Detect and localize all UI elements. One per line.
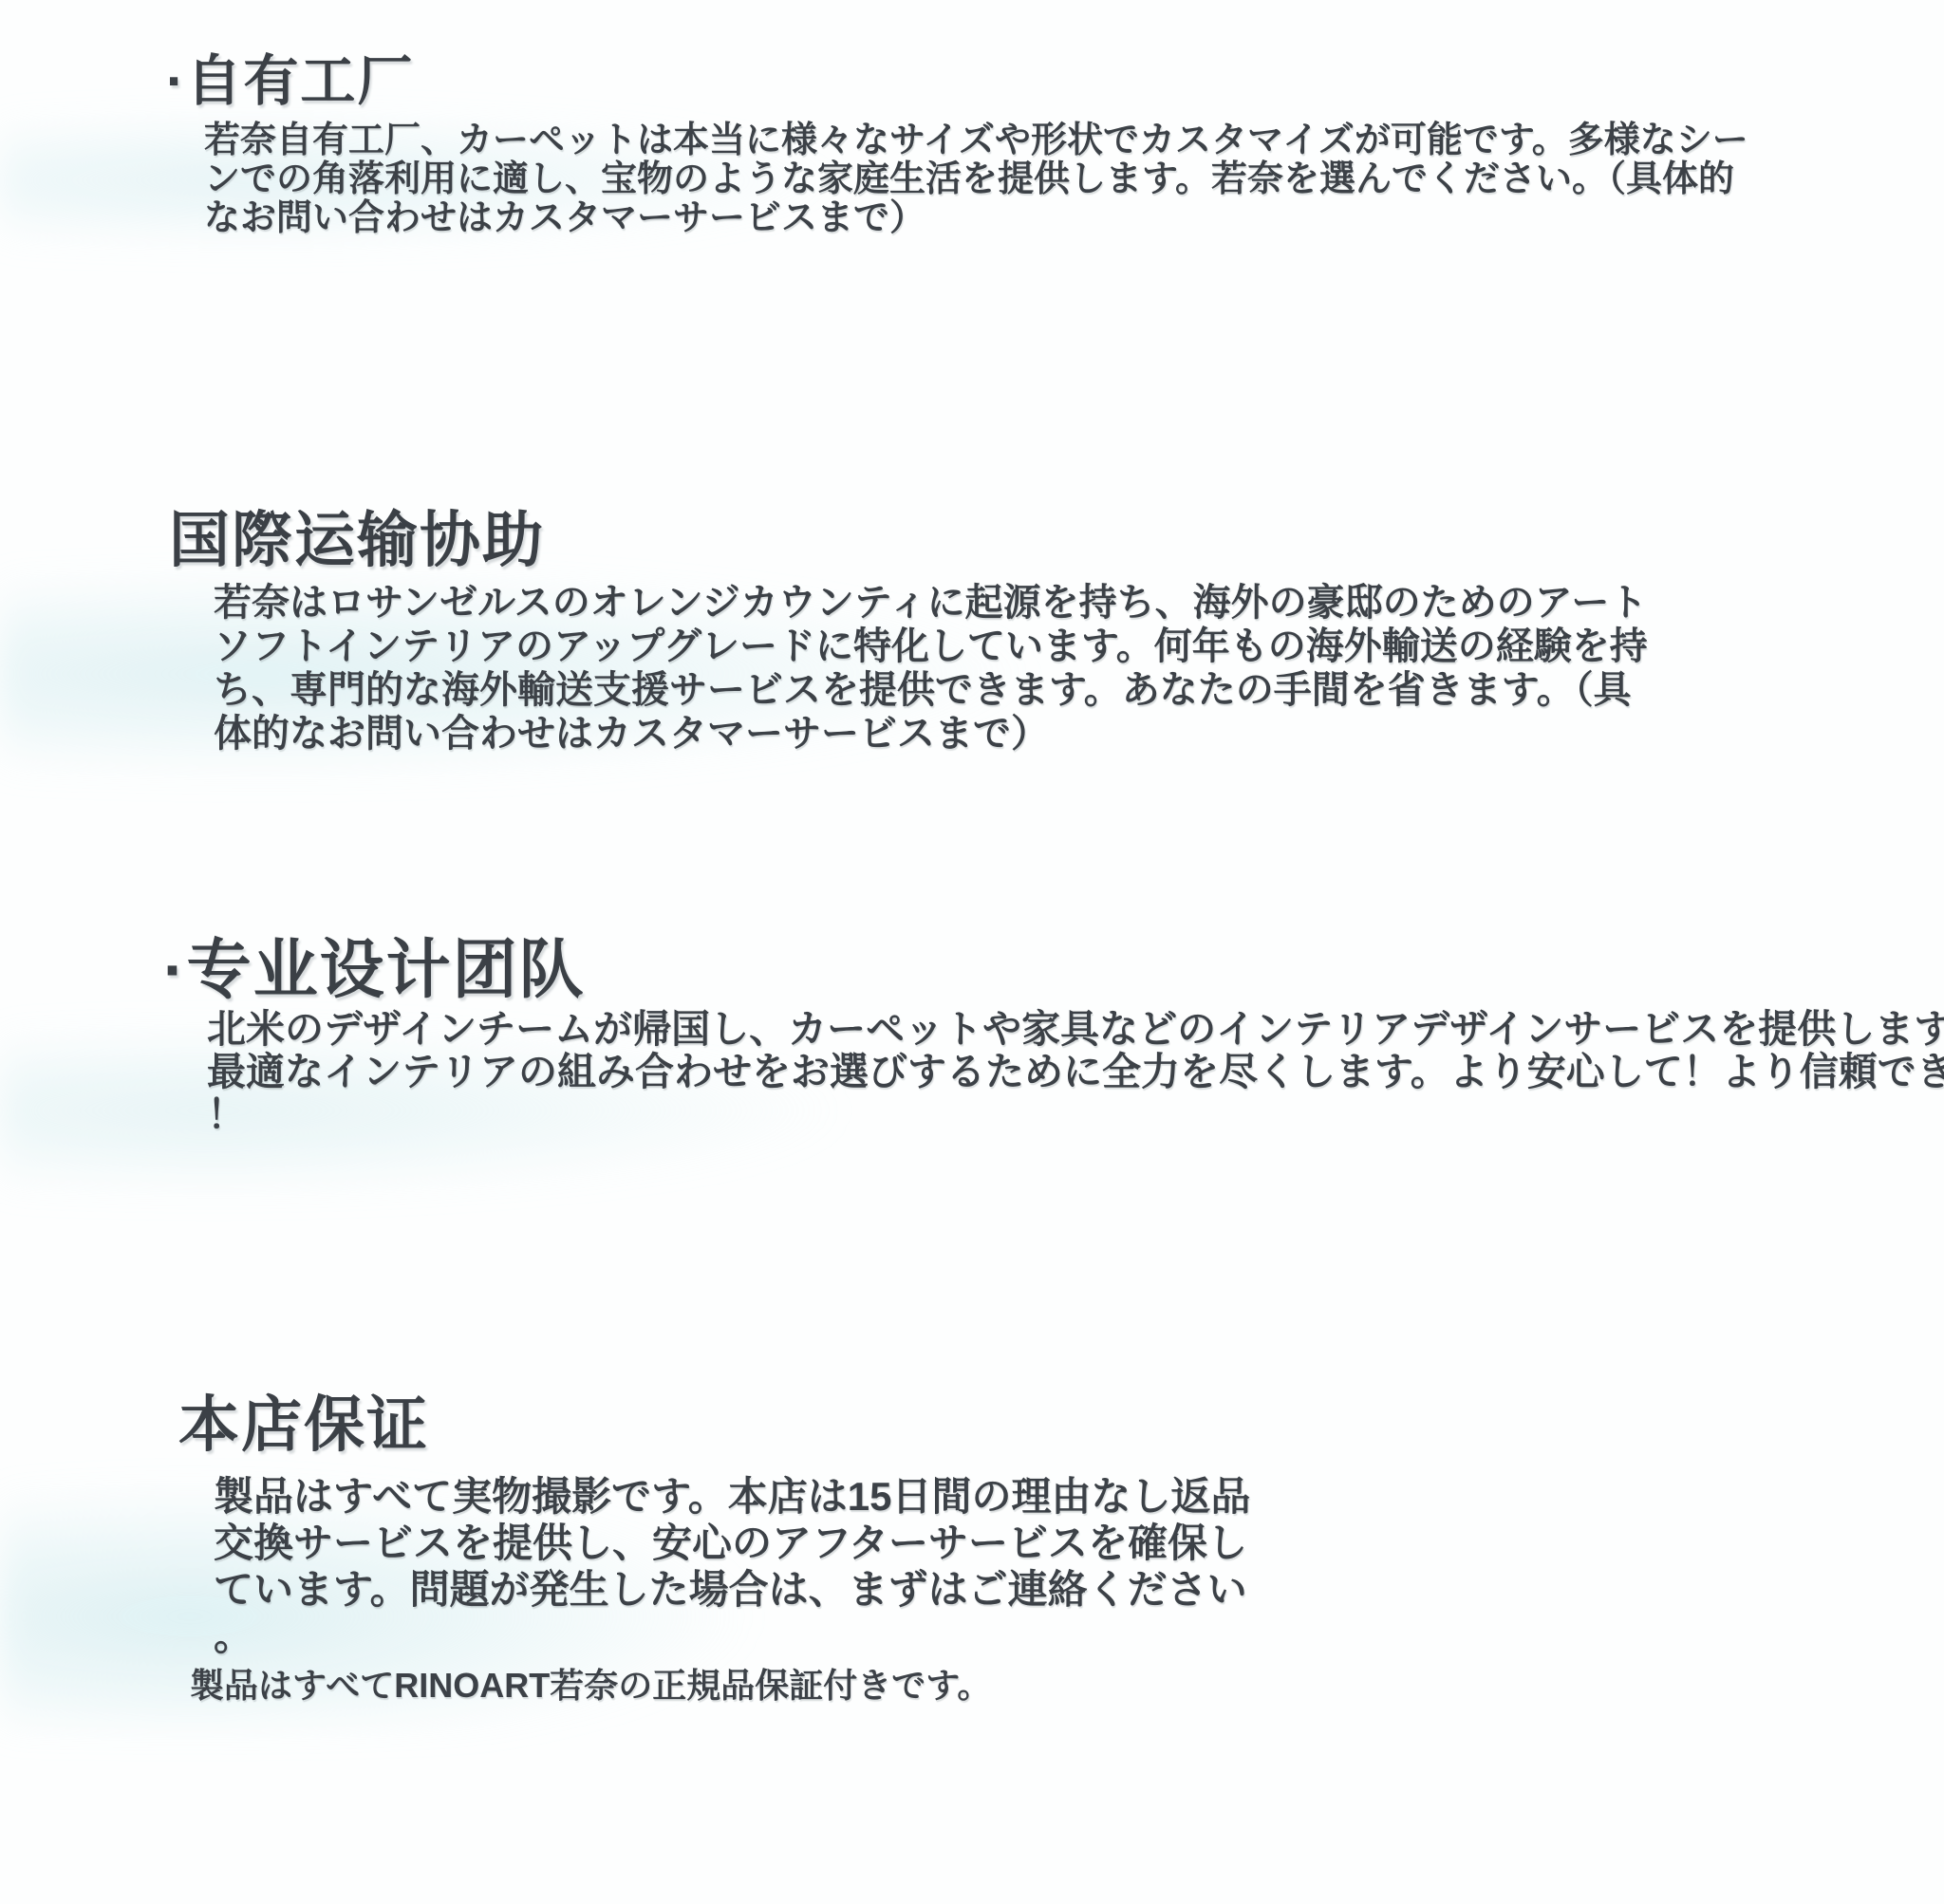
body-text-line: 体的なお問い合わせはカスタマーサービスまで） [214,712,1648,756]
section-heading-international-shipping: 国際运输协助 [169,492,545,579]
authenticity-guarantee-note: 製品はすべてRINOART若奈の正規品保証付きです。 [190,1659,991,1708]
section-body-store-guarantee: 製品はすべて実物撮影です。本店は15日間の理由なし返品 交換サービスを提供し、安… [214,1473,1251,1659]
body-text-line: ！ [207,1093,1944,1136]
product-description-page: ·自有工厂 若奈自有工厂、カーペットは本当に様々なサイズや形状でカスタマイズが可… [0,0,1944,1904]
body-text-line: ています。問題が発生した場合は、まずはご連絡ください [214,1566,1251,1613]
body-text-line: なお問い合わせはカスタマーサービスまで） [204,199,1748,238]
section-body-international-shipping: 若奈はロサンゼルスのオレンジカウンティに起源を持ち、海外の豪邸のためのアート ソ… [214,581,1648,756]
body-text-line: ンでの角落利用に適し、宝物のような家庭生活を提供します。若奈を選んでください。（… [204,160,1748,199]
section-body-own-factory: 若奈自有工厂、カーペットは本当に様々なサイズや形状でカスタマイズが可能です。多様… [204,121,1748,238]
body-text-line: 交換サービスを提供し、安心のアフターサービスを確保し [214,1520,1251,1566]
body-text-line: 北米のデザインチームが帰国し、カーペットや家具などのインテリアデザインサービスを… [207,1008,1944,1051]
body-text-line: ソフトインテリアのアップグレードに特化しています。何年もの海外輸送の経験を持 [214,625,1648,668]
section-heading-own-factory: ·自有工厂 [166,36,414,116]
body-text-line: 。 [214,1613,1251,1659]
body-text-line: 製品はすべて実物撮影です。本店は15日間の理由なし返品 [214,1473,1251,1520]
body-text-line: ち、専門的な海外輸送支援サービスを提供できます。あなたの手間を省きます。（具 [214,668,1648,712]
section-heading-store-guarantee: 本店保证 [178,1376,429,1464]
body-text-line: 最適なインテリアの組み合わせをお選びするために全力を尽くします。より安心して！よ… [207,1051,1944,1093]
body-text-line: 若奈はロサンゼルスのオレンジカウンティに起源を持ち、海外の豪邸のためのアート [214,581,1648,625]
body-text-line: 若奈自有工厂、カーペットは本当に様々なサイズや形状でカスタマイズが可能です。多様… [204,121,1748,160]
section-body-design-team: 北米のデザインチームが帰国し、カーペットや家具などのインテリアデザインサービスを… [207,1008,1944,1136]
section-heading-design-team: ·专业设计团队 [163,919,586,1011]
